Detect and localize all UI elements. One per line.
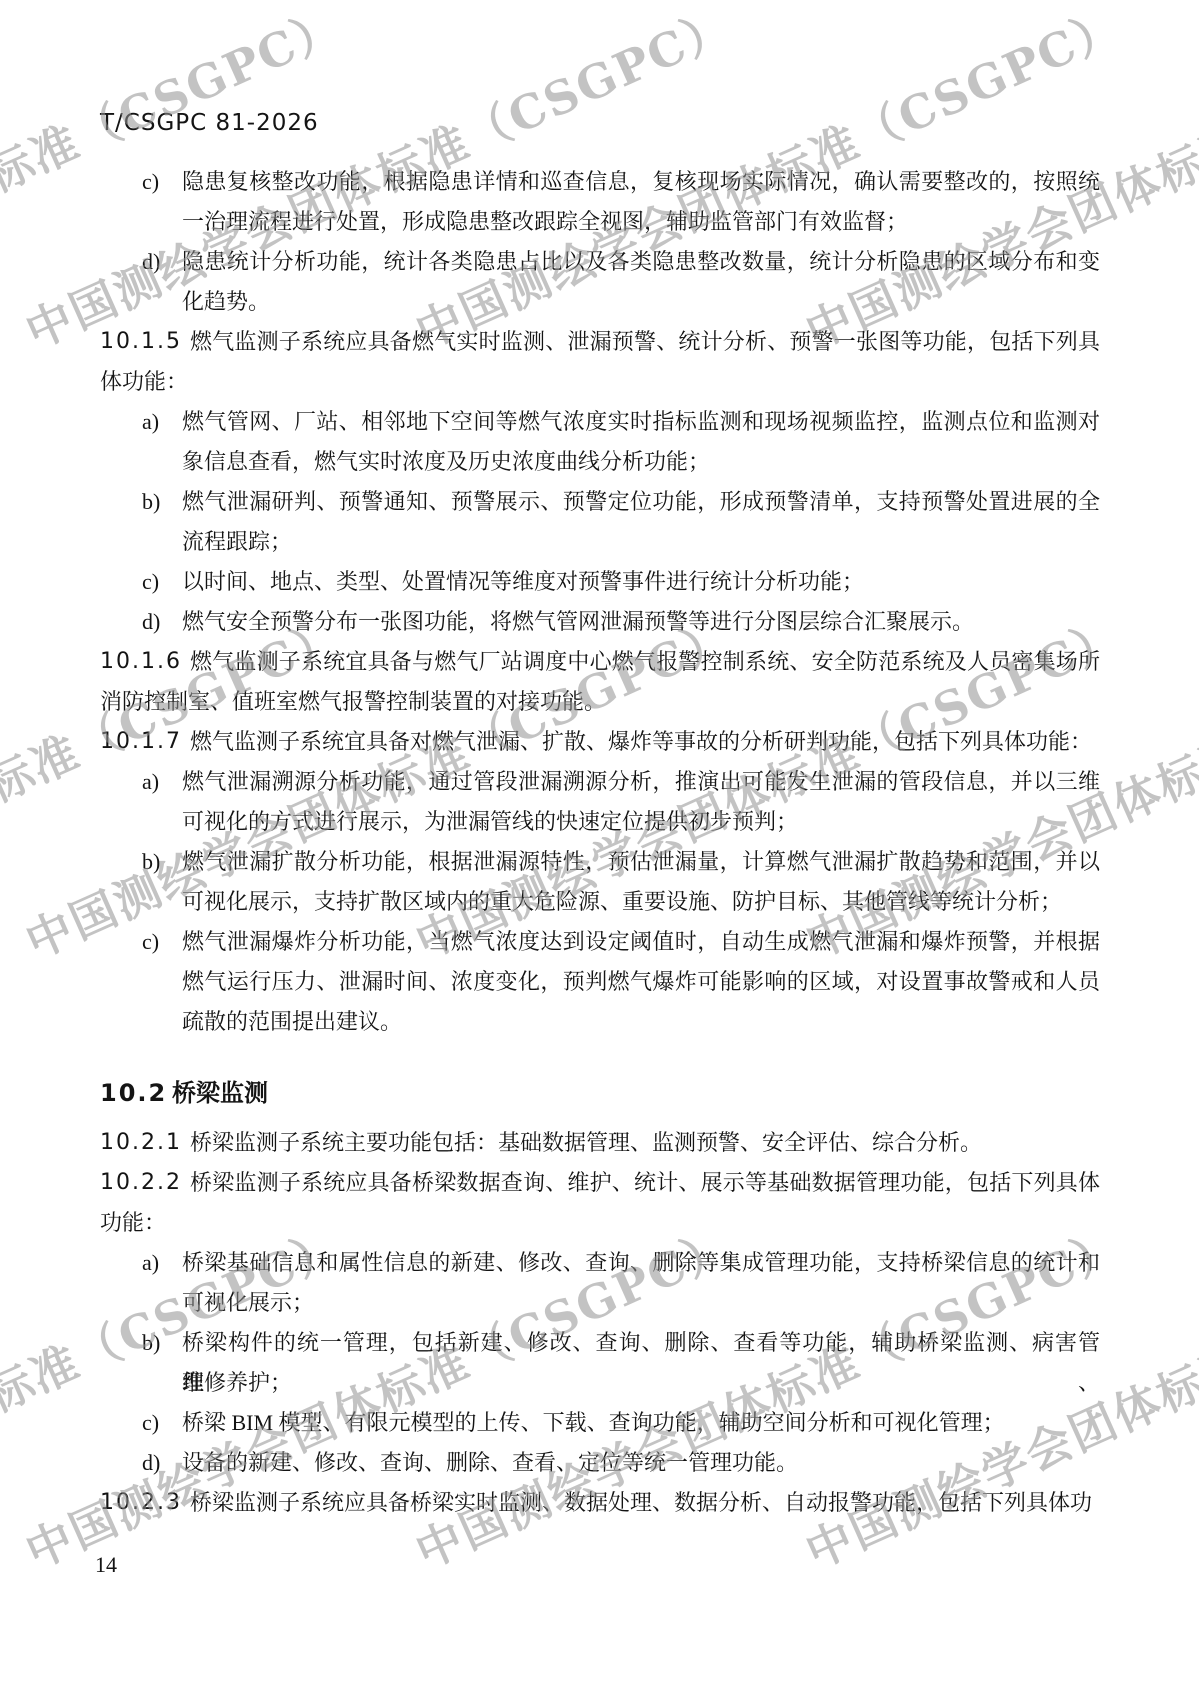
text-line: 维修养护； <box>100 1363 1100 1403</box>
list-item: a)燃气泄漏溯源分析功能，通过管段泄漏溯源分析，推演出可能发生泄漏的管段信息，并… <box>100 762 1100 842</box>
list-label: c) <box>142 162 159 202</box>
text-line-content: 燃气安全预警分布一张图功能，将燃气管网泄漏预警等进行分图层综合汇聚展示。 <box>182 602 1100 642</box>
clause-number: 10.2.2 <box>100 1163 182 1203</box>
text-line: 可视化展示； <box>100 1283 1100 1323</box>
section-number: 10.2 <box>100 1073 172 1113</box>
clause-number: 10.2.1 <box>100 1123 182 1163</box>
text-line: d)设备的新建、修改、查询、删除、查看、定位等统一管理功能。 <box>100 1443 1100 1483</box>
text-line: 疏散的范围提出建议。 <box>100 1002 1100 1042</box>
text-line-content: 桥梁监测子系统应具备桥梁数据查询、维护、统计、展示等基础数据管理功能，包括下列具… <box>190 1163 1100 1203</box>
clause-number: 10.2.3 <box>100 1483 182 1523</box>
list-item: a)桥梁基础信息和属性信息的新建、修改、查询、删除等集成管理功能，支持桥梁信息的… <box>100 1243 1100 1323</box>
clause-number: 10.1.5 <box>100 322 182 362</box>
text-line: 象信息查看，燃气实时浓度及历史浓度曲线分析功能； <box>100 442 1100 482</box>
text-line: 10.1.7燃气监测子系统宜具备对燃气泄漏、扩散、爆炸等事故的分析研判功能，包括… <box>100 722 1100 762</box>
text-line: 消防控制室、值班室燃气报警控制装置的对接功能。 <box>100 682 1100 722</box>
list-label: d) <box>142 602 160 642</box>
text-line: 燃气运行压力、泄漏时间、浓度变化，预判燃气爆炸可能影响的区域，对设置事故警戒和人… <box>100 962 1100 1002</box>
text-line: a)桥梁基础信息和属性信息的新建、修改、查询、删除等集成管理功能，支持桥梁信息的… <box>100 1243 1100 1283</box>
clause-paragraph: 10.2.2桥梁监测子系统应具备桥梁数据查询、维护、统计、展示等基础数据管理功能… <box>100 1163 1100 1243</box>
text-line-content: 功能： <box>100 1203 1100 1243</box>
text-line: 可视化展示，支持扩散区域内的重大危险源、重要设施、防护目标、其他管线等统计分析； <box>100 882 1100 922</box>
text-line-content: 桥梁监测子系统主要功能包括：基础数据管理、监测预警、安全评估、综合分析。 <box>190 1123 1100 1163</box>
text-line-content: 可视化展示； <box>182 1283 1100 1323</box>
document-page: T/CSGPC 81-2026 c)隐患复核整改功能，根据隐患详情和巡查信息，复… <box>0 0 1199 1696</box>
text-line-content: 燃气监测子系统宜具备对燃气泄漏、扩散、爆炸等事故的分析研判功能，包括下列具体功能… <box>190 722 1100 762</box>
section-heading: 10.2桥梁监测 <box>100 1073 1100 1113</box>
text-line-content: 桥梁 BIM 模型、有限元模型的上传、下载、查询功能，辅助空间分析和可视化管理； <box>182 1403 1100 1443</box>
clause-number: 10.1.7 <box>100 722 182 762</box>
list-item: c)以时间、地点、类型、处置情况等维度对预警事件进行统计分析功能； <box>100 562 1100 602</box>
clause-paragraph: 10.1.7燃气监测子系统宜具备对燃气泄漏、扩散、爆炸等事故的分析研判功能，包括… <box>100 722 1100 762</box>
list-label: c) <box>142 562 159 602</box>
list-label: b) <box>142 842 160 882</box>
list-item: d)设备的新建、修改、查询、删除、查看、定位等统一管理功能。 <box>100 1443 1100 1483</box>
text-line: b)燃气泄漏研判、预警通知、预警展示、预警定位功能，形成预警清单，支持预警处置进… <box>100 482 1100 522</box>
text-line-content: 可视化展示，支持扩散区域内的重大危险源、重要设施、防护目标、其他管线等统计分析； <box>182 882 1100 922</box>
text-line-content: 燃气监测子系统应具备燃气实时监测、泄漏预警、统计分析、预警一张图等功能，包括下列… <box>190 322 1100 362</box>
text-line-content: 一治理流程进行处置，形成隐患整改跟踪全视图，辅助监管部门有效监督； <box>182 202 1100 242</box>
text-line-content: 消防控制室、值班室燃气报警控制装置的对接功能。 <box>100 682 1100 722</box>
text-line-content: 以时间、地点、类型、处置情况等维度对预警事件进行统计分析功能； <box>182 562 1100 602</box>
text-line-content: 燃气泄漏溯源分析功能，通过管段泄漏溯源分析，推演出可能发生泄漏的管段信息，并以三… <box>182 762 1100 802</box>
text-line: a)燃气管网、厂站、相邻地下空间等燃气浓度实时指标监测和现场视频监控，监测点位和… <box>100 402 1100 442</box>
text-line: 10.2.1桥梁监测子系统主要功能包括：基础数据管理、监测预警、安全评估、综合分… <box>100 1123 1100 1163</box>
list-item: b)燃气泄漏研判、预警通知、预警展示、预警定位功能，形成预警清单，支持预警处置进… <box>100 482 1100 562</box>
list-item: d)燃气安全预警分布一张图功能，将燃气管网泄漏预警等进行分图层综合汇聚展示。 <box>100 602 1100 642</box>
text-line: 流程跟踪； <box>100 522 1100 562</box>
clause-paragraph: 10.1.6燃气监测子系统宜具备与燃气厂站调度中心燃气报警控制系统、安全防范系统… <box>100 642 1100 722</box>
text-line: 可视化的方式进行展示，为泄漏管线的快速定位提供初步预判； <box>100 802 1100 842</box>
clause-number: 10.1.6 <box>100 642 182 682</box>
list-label: d) <box>142 242 160 282</box>
text-line-content: 疏散的范围提出建议。 <box>182 1002 1100 1042</box>
text-line-content: 隐患复核整改功能，根据隐患详情和巡查信息，复核现场实际情况，确认需要整改的，按照… <box>182 162 1100 202</box>
text-line-content: 桥梁基础信息和属性信息的新建、修改、查询、删除等集成管理功能，支持桥梁信息的统计… <box>182 1243 1100 1283</box>
list-item: c)燃气泄漏爆炸分析功能，当燃气浓度达到设定阈值时，自动生成燃气泄漏和爆炸预警，… <box>100 922 1100 1042</box>
list-label: a) <box>142 1243 159 1283</box>
list-label: c) <box>142 922 159 962</box>
text-line: 10.2.2桥梁监测子系统应具备桥梁数据查询、维护、统计、展示等基础数据管理功能… <box>100 1163 1100 1203</box>
text-line: 10.1.6燃气监测子系统宜具备与燃气厂站调度中心燃气报警控制系统、安全防范系统… <box>100 642 1100 682</box>
text-line-content: 燃气运行压力、泄漏时间、浓度变化，预判燃气爆炸可能影响的区域，对设置事故警戒和人… <box>182 962 1100 1002</box>
text-line: c)桥梁 BIM 模型、有限元模型的上传、下载、查询功能，辅助空间分析和可视化管… <box>100 1403 1100 1443</box>
list-label: a) <box>142 402 159 442</box>
text-line-content: 设备的新建、修改、查询、删除、查看、定位等统一管理功能。 <box>182 1443 1100 1483</box>
text-line: 10.2.3桥梁监测子系统应具备桥梁实时监测、数据处理、数据分析、自动报警功能，… <box>100 1483 1100 1523</box>
text-line-content: 燃气泄漏爆炸分析功能，当燃气浓度达到设定阈值时，自动生成燃气泄漏和爆炸预警，并根… <box>182 922 1100 962</box>
list-item: a)燃气管网、厂站、相邻地下空间等燃气浓度实时指标监测和现场视频监控，监测点位和… <box>100 402 1100 482</box>
clause-paragraph: 10.1.5燃气监测子系统应具备燃气实时监测、泄漏预警、统计分析、预警一张图等功… <box>100 322 1100 402</box>
text-line-content: 燃气泄漏扩散分析功能，根据泄漏源特性，预估泄漏量，计算燃气泄漏扩散趋势和范围，并… <box>182 842 1100 882</box>
text-line-content: 维修养护； <box>182 1363 1100 1403</box>
text-line: 10.1.5燃气监测子系统应具备燃气实时监测、泄漏预警、统计分析、预警一张图等功… <box>100 322 1100 362</box>
text-line-content: 燃气管网、厂站、相邻地下空间等燃气浓度实时指标监测和现场视频监控，监测点位和监测… <box>182 402 1100 442</box>
text-line-content: 流程跟踪； <box>182 522 1100 562</box>
list-item: b)燃气泄漏扩散分析功能，根据泄漏源特性，预估泄漏量，计算燃气泄漏扩散趋势和范围… <box>100 842 1100 922</box>
text-line: 体功能： <box>100 362 1100 402</box>
clause-paragraph: 10.2.3桥梁监测子系统应具备桥梁实时监测、数据处理、数据分析、自动报警功能，… <box>100 1483 1100 1523</box>
text-line: 化趋势。 <box>100 282 1100 322</box>
text-line-content: 象信息查看，燃气实时浓度及历史浓度曲线分析功能； <box>182 442 1100 482</box>
standard-number-header: T/CSGPC 81-2026 <box>100 110 319 136</box>
list-item: b)桥梁构件的统一管理，包括新建、修改、查询、删除、查看等功能，辅助桥梁监测、病… <box>100 1323 1100 1403</box>
text-line: c)燃气泄漏爆炸分析功能，当燃气浓度达到设定阈值时，自动生成燃气泄漏和爆炸预警，… <box>100 922 1100 962</box>
text-line: c)以时间、地点、类型、处置情况等维度对预警事件进行统计分析功能； <box>100 562 1100 602</box>
page-number: 14 <box>95 1552 117 1578</box>
text-line: 功能： <box>100 1203 1100 1243</box>
text-line: c)隐患复核整改功能，根据隐患详情和巡查信息，复核现场实际情况，确认需要整改的，… <box>100 162 1100 202</box>
text-line-content: 燃气泄漏研判、预警通知、预警展示、预警定位功能，形成预警清单，支持预警处置进展的… <box>182 482 1100 522</box>
list-label: c) <box>142 1403 159 1443</box>
list-label: b) <box>142 482 160 522</box>
text-line-content: 体功能： <box>100 362 1100 402</box>
list-label: b) <box>142 1323 160 1363</box>
text-line-content: 桥梁构件的统一管理，包括新建、修改、查询、删除、查看等功能，辅助桥梁监测、病害管… <box>182 1323 1100 1363</box>
document-body: c)隐患复核整改功能，根据隐患详情和巡查信息，复核现场实际情况，确认需要整改的，… <box>100 162 1100 1523</box>
text-line: 一治理流程进行处置，形成隐患整改跟踪全视图，辅助监管部门有效监督； <box>100 202 1100 242</box>
text-line: a)燃气泄漏溯源分析功能，通过管段泄漏溯源分析，推演出可能发生泄漏的管段信息，并… <box>100 762 1100 802</box>
section-title: 桥梁监测 <box>172 1079 268 1107</box>
text-line-content: 桥梁监测子系统应具备桥梁实时监测、数据处理、数据分析、自动报警功能，包括下列具体… <box>190 1483 1100 1523</box>
list-item: c)桥梁 BIM 模型、有限元模型的上传、下载、查询功能，辅助空间分析和可视化管… <box>100 1403 1100 1443</box>
list-label: d) <box>142 1443 160 1483</box>
list-label: a) <box>142 762 159 802</box>
text-line: d)燃气安全预警分布一张图功能，将燃气管网泄漏预警等进行分图层综合汇聚展示。 <box>100 602 1100 642</box>
clause-paragraph: 10.2.1桥梁监测子系统主要功能包括：基础数据管理、监测预警、安全评估、综合分… <box>100 1123 1100 1163</box>
list-item: d)隐患统计分析功能，统计各类隐患占比以及各类隐患整改数量，统计分析隐患的区域分… <box>100 242 1100 322</box>
text-line: b)桥梁构件的统一管理，包括新建、修改、查询、删除、查看等功能，辅助桥梁监测、病… <box>100 1323 1100 1363</box>
text-line-content: 隐患统计分析功能，统计各类隐患占比以及各类隐患整改数量，统计分析隐患的区域分布和… <box>182 242 1100 282</box>
text-line-content: 可视化的方式进行展示，为泄漏管线的快速定位提供初步预判； <box>182 802 1100 842</box>
text-line: d)隐患统计分析功能，统计各类隐患占比以及各类隐患整改数量，统计分析隐患的区域分… <box>100 242 1100 282</box>
list-item: c)隐患复核整改功能，根据隐患详情和巡查信息，复核现场实际情况，确认需要整改的，… <box>100 162 1100 242</box>
text-line-content: 燃气监测子系统宜具备与燃气厂站调度中心燃气报警控制系统、安全防范系统及人员密集场… <box>190 642 1100 682</box>
text-line-content: 化趋势。 <box>182 282 1100 322</box>
text-line: b)燃气泄漏扩散分析功能，根据泄漏源特性，预估泄漏量，计算燃气泄漏扩散趋势和范围… <box>100 842 1100 882</box>
